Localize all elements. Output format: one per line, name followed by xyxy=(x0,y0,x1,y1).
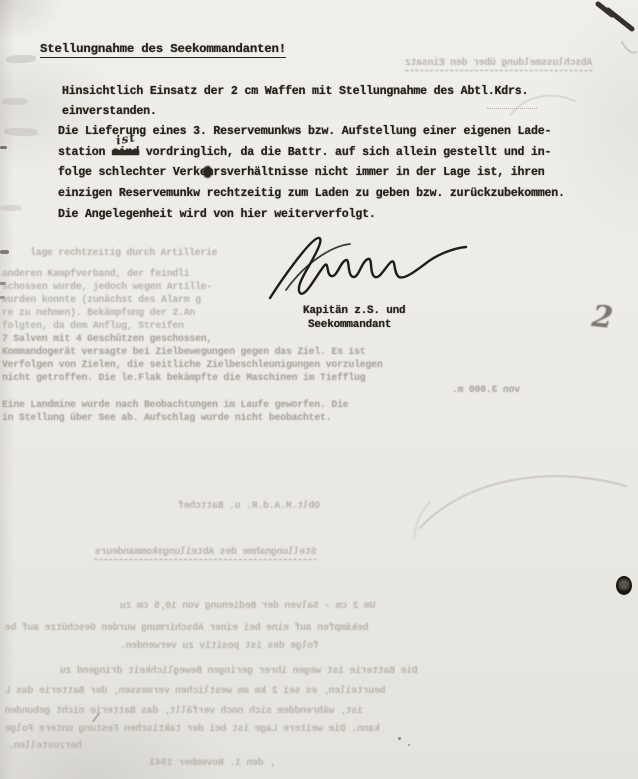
bleedthrough-text-line: , den 1. November 1943 xyxy=(150,757,275,768)
bleedthrough-text-line: Oblt.M.A.d.R. u. Battchef xyxy=(178,500,320,511)
bleedthrough-text-line: in Stellung über See ab. Aufschlag wurde… xyxy=(2,412,331,423)
hole-punch-mark xyxy=(616,576,632,595)
signatory-rank-line: Kapitän z.S. und xyxy=(303,305,405,317)
bleedthrough-text-line: beurteilen, es sei 2 km am westlichen ve… xyxy=(5,685,386,696)
bleedthrough-text-line: folge des ist positiv zu verwenden. xyxy=(120,640,319,651)
bleedthrough-text-line: von 3.000 m. xyxy=(452,384,520,395)
dust-speck xyxy=(398,737,401,740)
struck-out-word: sind xyxy=(112,146,139,159)
bleedthrough-text-line: ist, währenddem sich noch verfällt, das … xyxy=(5,705,363,716)
bleedthrough-text-line: 7 Salven mit 4 Geschützen geschossen, xyxy=(2,333,212,344)
bleedthrough-text-line: herzustellen. xyxy=(8,740,82,751)
typewritten-line: station sind vordringlich, da die Battr.… xyxy=(58,146,551,159)
margin-smudge xyxy=(4,127,38,136)
margin-smudge xyxy=(2,98,28,105)
margin-smudge xyxy=(0,205,22,211)
bleedthrough-text-line: Verfolgen von Zielen, die seitliche Ziel… xyxy=(2,359,383,370)
bleedthrough-text-line: nicht getroffen. Die le.Flak bekämpfte d… xyxy=(2,372,365,383)
bleedthrough-text-line: kann. Die weitere Lage ist bei der takti… xyxy=(5,723,380,734)
bleedthrough-text-line: anderen Kampfverband, der feindli xyxy=(2,268,189,279)
typewritten-line: Hinsichtlich Einsatz der 2 cm Waffen mit… xyxy=(62,85,528,98)
dust-speck xyxy=(408,744,410,746)
typewritten-line: folge schlechter Verkehrsverhältnisse ni… xyxy=(58,166,545,179)
signatory-title-line: Seekommandant xyxy=(308,319,391,331)
bleedthrough-text-line: Die Batterie ist wegen ihrer geringen Be… xyxy=(60,665,418,676)
line-segment: station xyxy=(58,146,112,159)
bleedthrough-text-line: Eine Landmine wurde nach Beobachtungen i… xyxy=(2,399,348,410)
line-segment: vordringlich, da die Battr. auf sich all… xyxy=(139,146,551,159)
ink-smudge xyxy=(203,166,212,178)
ink-speck xyxy=(0,146,7,149)
ink-speck xyxy=(0,250,9,254)
section-heading: Stellungnahme des Seekommandanten! xyxy=(40,42,286,58)
pencil-margin-number: 2 xyxy=(590,299,614,336)
bleedthrough-text-line: lage rechtzeitig durch Artillerie xyxy=(30,247,217,258)
bleedthrough-text-line: wurden konnte (zunächst des Alarm g xyxy=(2,294,201,305)
bleedthrough-text-line: Kommandogerät versagte bei Zielbewegunge… xyxy=(2,346,365,357)
pencil-check-mark xyxy=(592,0,638,60)
margin-smudge xyxy=(6,54,36,63)
typewritten-line: einzigen Reservemunkw rechtzeitig zum La… xyxy=(58,187,565,200)
typewritten-line: einverstanden. xyxy=(62,105,157,118)
handwritten-signature xyxy=(262,232,472,307)
bleedthrough-text-line: folgten, da dem Anflug, Streifen xyxy=(2,320,184,331)
bleedthrough-text-line: bekämpfen auf eine bei einer Abschirmung… xyxy=(5,622,368,633)
bleedthrough-text-line: schossen wurde, jedoch wegen Artille- xyxy=(2,281,212,292)
bleedthrough-text-line: re zu nehmen). Bekämpfung der 2.An xyxy=(2,307,195,318)
bleedthrough-text-line: Abschlussmeldung über den Einsatz xyxy=(405,57,592,71)
typewritten-line: Die Angelegenheit wird von hier weiterve… xyxy=(58,208,376,221)
pencil-stroke xyxy=(400,450,638,560)
document-page: Abschlussmeldung über den Einsatz lage r… xyxy=(0,0,638,779)
bleedthrough-text-line: Stellungnahme des Abteilungskommandeurs xyxy=(95,546,317,560)
bleedthrough-text-line: Um 2 cm - Salven der Bedienung von 10,5 … xyxy=(120,600,376,611)
